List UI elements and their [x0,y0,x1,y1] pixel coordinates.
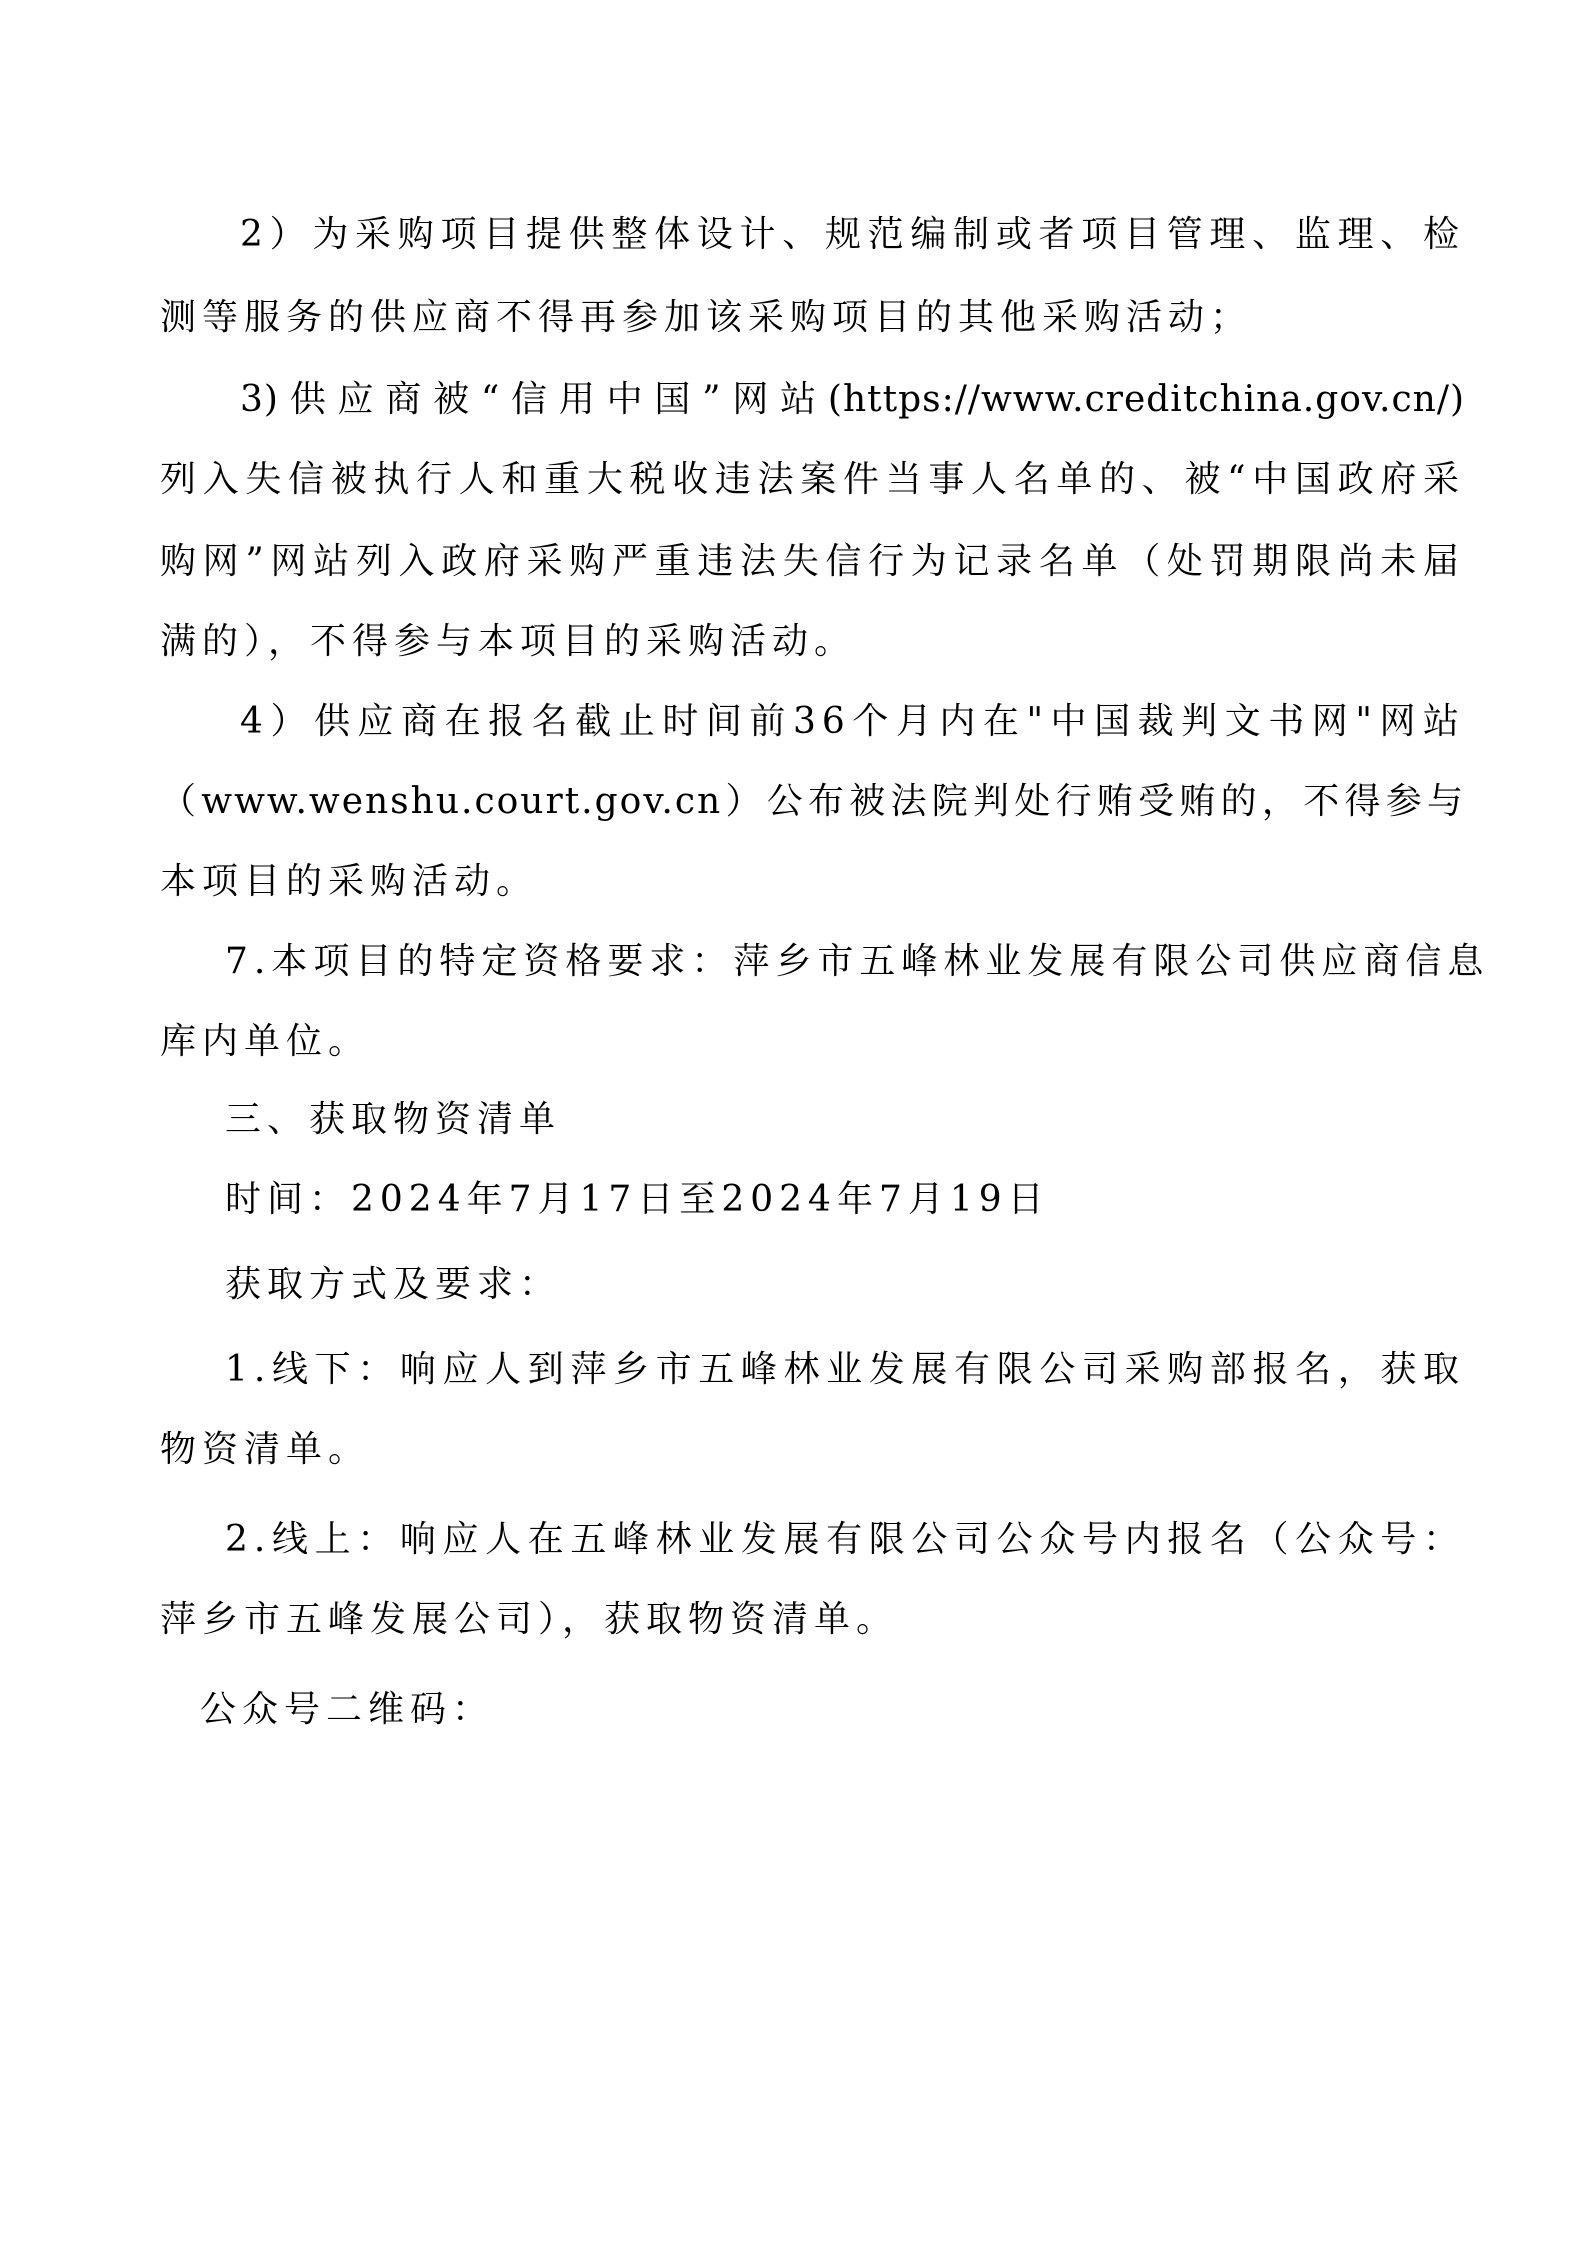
paragraph-2-line-1: 2）为采购项目提供整体设计、规范编制或者项目管理、监理、检 [240,213,1465,257]
document-page: 2）为采购项目提供整体设计、规范编制或者项目管理、监理、检 测等服务的供应商不得… [0,0,1587,2245]
online-method-line-2: 萍乡市五峰发展公司），获取物资清单。 [160,1598,1465,1642]
method-label: 获取方式及要求： [225,1263,1465,1307]
paragraph-3-line-2: 列入失信被执行人和重大税收违法案件当事人名单的、被“中国政府采 [160,458,1465,502]
online-method-line-1: 2.线上：响应人在五峰林业发展有限公司公众号内报名（公众号： [225,1518,1465,1562]
time-range: 时间：2024年7月17日至2024年7月19日 [225,1178,1465,1222]
paragraph-3-line-3: 购网”网站列入政府采购严重违法失信行为记录名单（处罚期限尚未届 [160,540,1465,584]
paragraph-3-line-4: 满的），不得参与本项目的采购活动。 [160,620,1465,664]
offline-method-line-2: 物资清单。 [160,1428,1465,1472]
paragraph-3-line-1: 3)供应商被“信用中国”网站(https://www.creditchina.g… [240,378,1465,422]
requirement-7-line-1: 7.本项目的特定资格要求：萍乡市五峰林业发展有限公司供应商信息 [225,940,1465,984]
paragraph-4-line-2: （www.wenshu.court.gov.cn）公布被法院判处行贿受贿的，不得… [160,780,1465,824]
qr-code-area [160,1800,560,2200]
qr-code-label: 公众号二维码： [200,1688,1465,1732]
section-heading: 三、获取物资清单 [225,1098,1465,1142]
paragraph-4-line-3: 本项目的采购活动。 [160,860,1465,904]
paragraph-4-line-1: 4）供应商在报名截止时间前36个月内在"中国裁判文书网"网站 [240,700,1465,744]
requirement-7-line-2: 库内单位。 [160,1020,1465,1064]
offline-method-line-1: 1.线下：响应人到萍乡市五峰林业发展有限公司采购部报名，获取 [225,1348,1465,1392]
paragraph-2-line-2: 测等服务的供应商不得再参加该采购项目的其他采购活动； [160,296,1465,340]
